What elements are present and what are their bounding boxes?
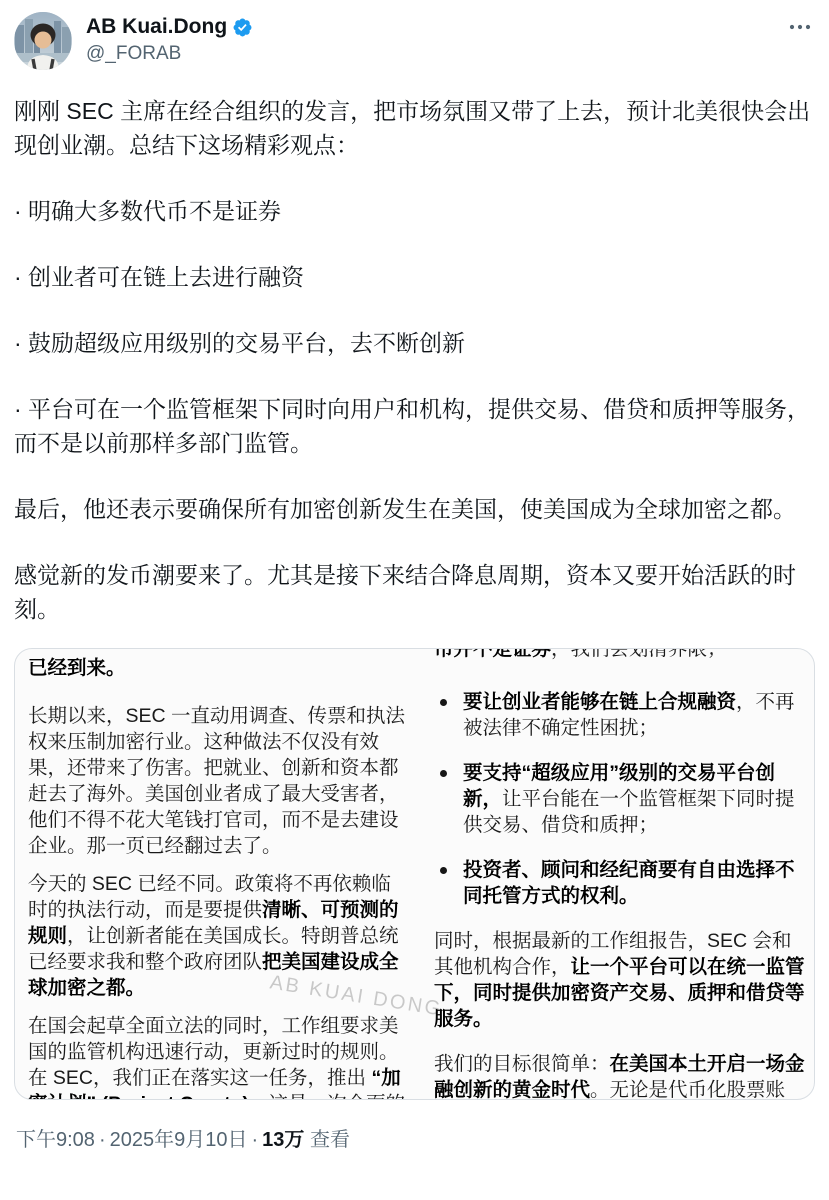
tweet-paragraph: · 鼓励超级应用级别的交易平台，去不断创新 (14, 326, 815, 360)
tweet-paragraph: · 平台可在一个监管框架下同时向用户和机构，提供交易、借贷和质押等服务，而不是以… (14, 392, 815, 460)
verified-badge-icon (232, 17, 253, 38)
paragraph-text: 长期以来，SEC 一直动用调查、传票和执法权来压制加密行业。这种做法不仅没有效果… (28, 705, 405, 857)
tweet-text: 刚刚 SEC 主席在经合组织的发言，把市场氛围又带了上去，预计北美很快会出现创业… (0, 94, 829, 626)
tweet-paragraph: 刚刚 SEC 主席在经合组织的发言，把市场氛围又带了上去，预计北美很快会出现创业… (14, 94, 815, 162)
tweet-footer: 下午9:08·2025年9月10日·13万 查看 (0, 1128, 829, 1153)
paragraph-text: 在国会起草全面立法的同时，工作组要求美国的监管机构迅速行动，更新过时的规则。在 … (28, 1015, 405, 1100)
views-count: 13万 (262, 1129, 304, 1151)
timestamp-time: 下午9:08 (16, 1129, 95, 1151)
tweet-paragraph: 感觉新的发币潮要来了。尤其是接下来结合降息周期，资本又要开始活跃的时刻。 (14, 558, 815, 626)
image-paragraph: 在国会起草全面立法的同时，工作组要求美国的监管机构迅速行动，更新过时的规则。在 … (28, 1013, 406, 1100)
paragraph-text: 要支持“超级应用”级别的交易平台创新，让平台能在一个监管框架下同时提供交易、借贷… (463, 760, 806, 838)
views-link[interactable]: 查看 (310, 1129, 350, 1151)
timestamp-date: 2025年9月10日 (110, 1129, 248, 1151)
image-right-column: 币并不是证券，我们会划清界限；要让创业者能够在链上合规融资，不再被法律不确定性困… (434, 648, 806, 1100)
bullet-item: 要支持“超级应用”级别的交易平台创新，让平台能在一个监管框架下同时提供交易、借贷… (434, 760, 806, 838)
paragraph-text: 投资者、顾问和经纪商要有自由选择不同托管方式的权利。 (463, 857, 806, 909)
paragraph-text: 我们的目标很简单：在美国本土开启一场金融创新的黄金时代。无论是代币化股票账本，还… (434, 1053, 805, 1100)
image-paragraph: 已经到来。 (28, 655, 406, 681)
image-paragraph: 我们的目标很简单：在美国本土开启一场金融创新的黄金时代。无论是代币化股票账本，还… (434, 1051, 806, 1100)
paragraph-text: 同时，根据最新的工作组报告，SEC 会和其他机构合作，让一个平台可以在统一监管下… (434, 930, 805, 1030)
separator: · (95, 1129, 110, 1151)
tweet-paragraph: 最后，他还表示要确保所有加密创新发生在美国，使美国成为全球加密之都。 (14, 492, 815, 526)
paragraph-text: 今天的 SEC 已经不同。政策将不再依赖临时的执法行动，而是要提供清晰、可预测的… (28, 873, 399, 999)
tweet-paragraph: · 明确大多数代币不是证券 (14, 194, 815, 228)
bullet-dot-icon (440, 867, 447, 874)
author-names: AB Kuai.Dong @_FORAB (86, 12, 253, 66)
separator: · (247, 1129, 262, 1151)
bullet-item: 要让创业者能够在链上合规融资，不再被法律不确定性困扰； (434, 689, 806, 741)
user-handle[interactable]: @_FORAB (86, 42, 253, 66)
bullet-dot-icon (440, 770, 447, 777)
embedded-image[interactable]: 已经到来。长期以来，SEC 一直动用调查、传票和执法权来压制加密行业。这种做法不… (14, 648, 815, 1100)
paragraph-text: 币并不是证券，我们会划清界限； (434, 648, 727, 660)
tweet-paragraph: · 创业者可在链上去进行融资 (14, 260, 815, 294)
display-name[interactable]: AB Kuai.Dong (86, 14, 227, 40)
paragraph-text: 已经到来。 (28, 657, 126, 679)
paragraph-text: 要让创业者能够在链上合规融资，不再被法律不确定性困扰； (463, 689, 806, 741)
bullet-dot-icon (440, 699, 447, 706)
image-paragraph: 今天的 SEC 已经不同。政策将不再依赖临时的执法行动，而是要提供清晰、可预测的… (28, 871, 406, 1001)
avatar-photo (14, 12, 72, 70)
image-paragraph: 币并不是证券，我们会划清界限； (434, 648, 806, 662)
avatar[interactable] (14, 12, 72, 70)
image-left-column: 已经到来。长期以来，SEC 一直动用调查、传票和执法权来压制加密行业。这种做法不… (28, 655, 406, 1100)
bullet-item: 投资者、顾问和经纪商要有自由选择不同托管方式的权利。 (434, 857, 806, 909)
image-paragraph: 长期以来，SEC 一直动用调查、传票和执法权来压制加密行业。这种做法不仅没有效果… (28, 703, 406, 859)
image-paragraph: 同时，根据最新的工作组报告，SEC 会和其他机构合作，让一个平台可以在统一监管下… (434, 928, 806, 1032)
ellipsis-icon (788, 15, 812, 39)
tweet-header: AB Kuai.Dong @_FORAB (0, 0, 829, 70)
more-menu-button[interactable] (787, 14, 813, 40)
